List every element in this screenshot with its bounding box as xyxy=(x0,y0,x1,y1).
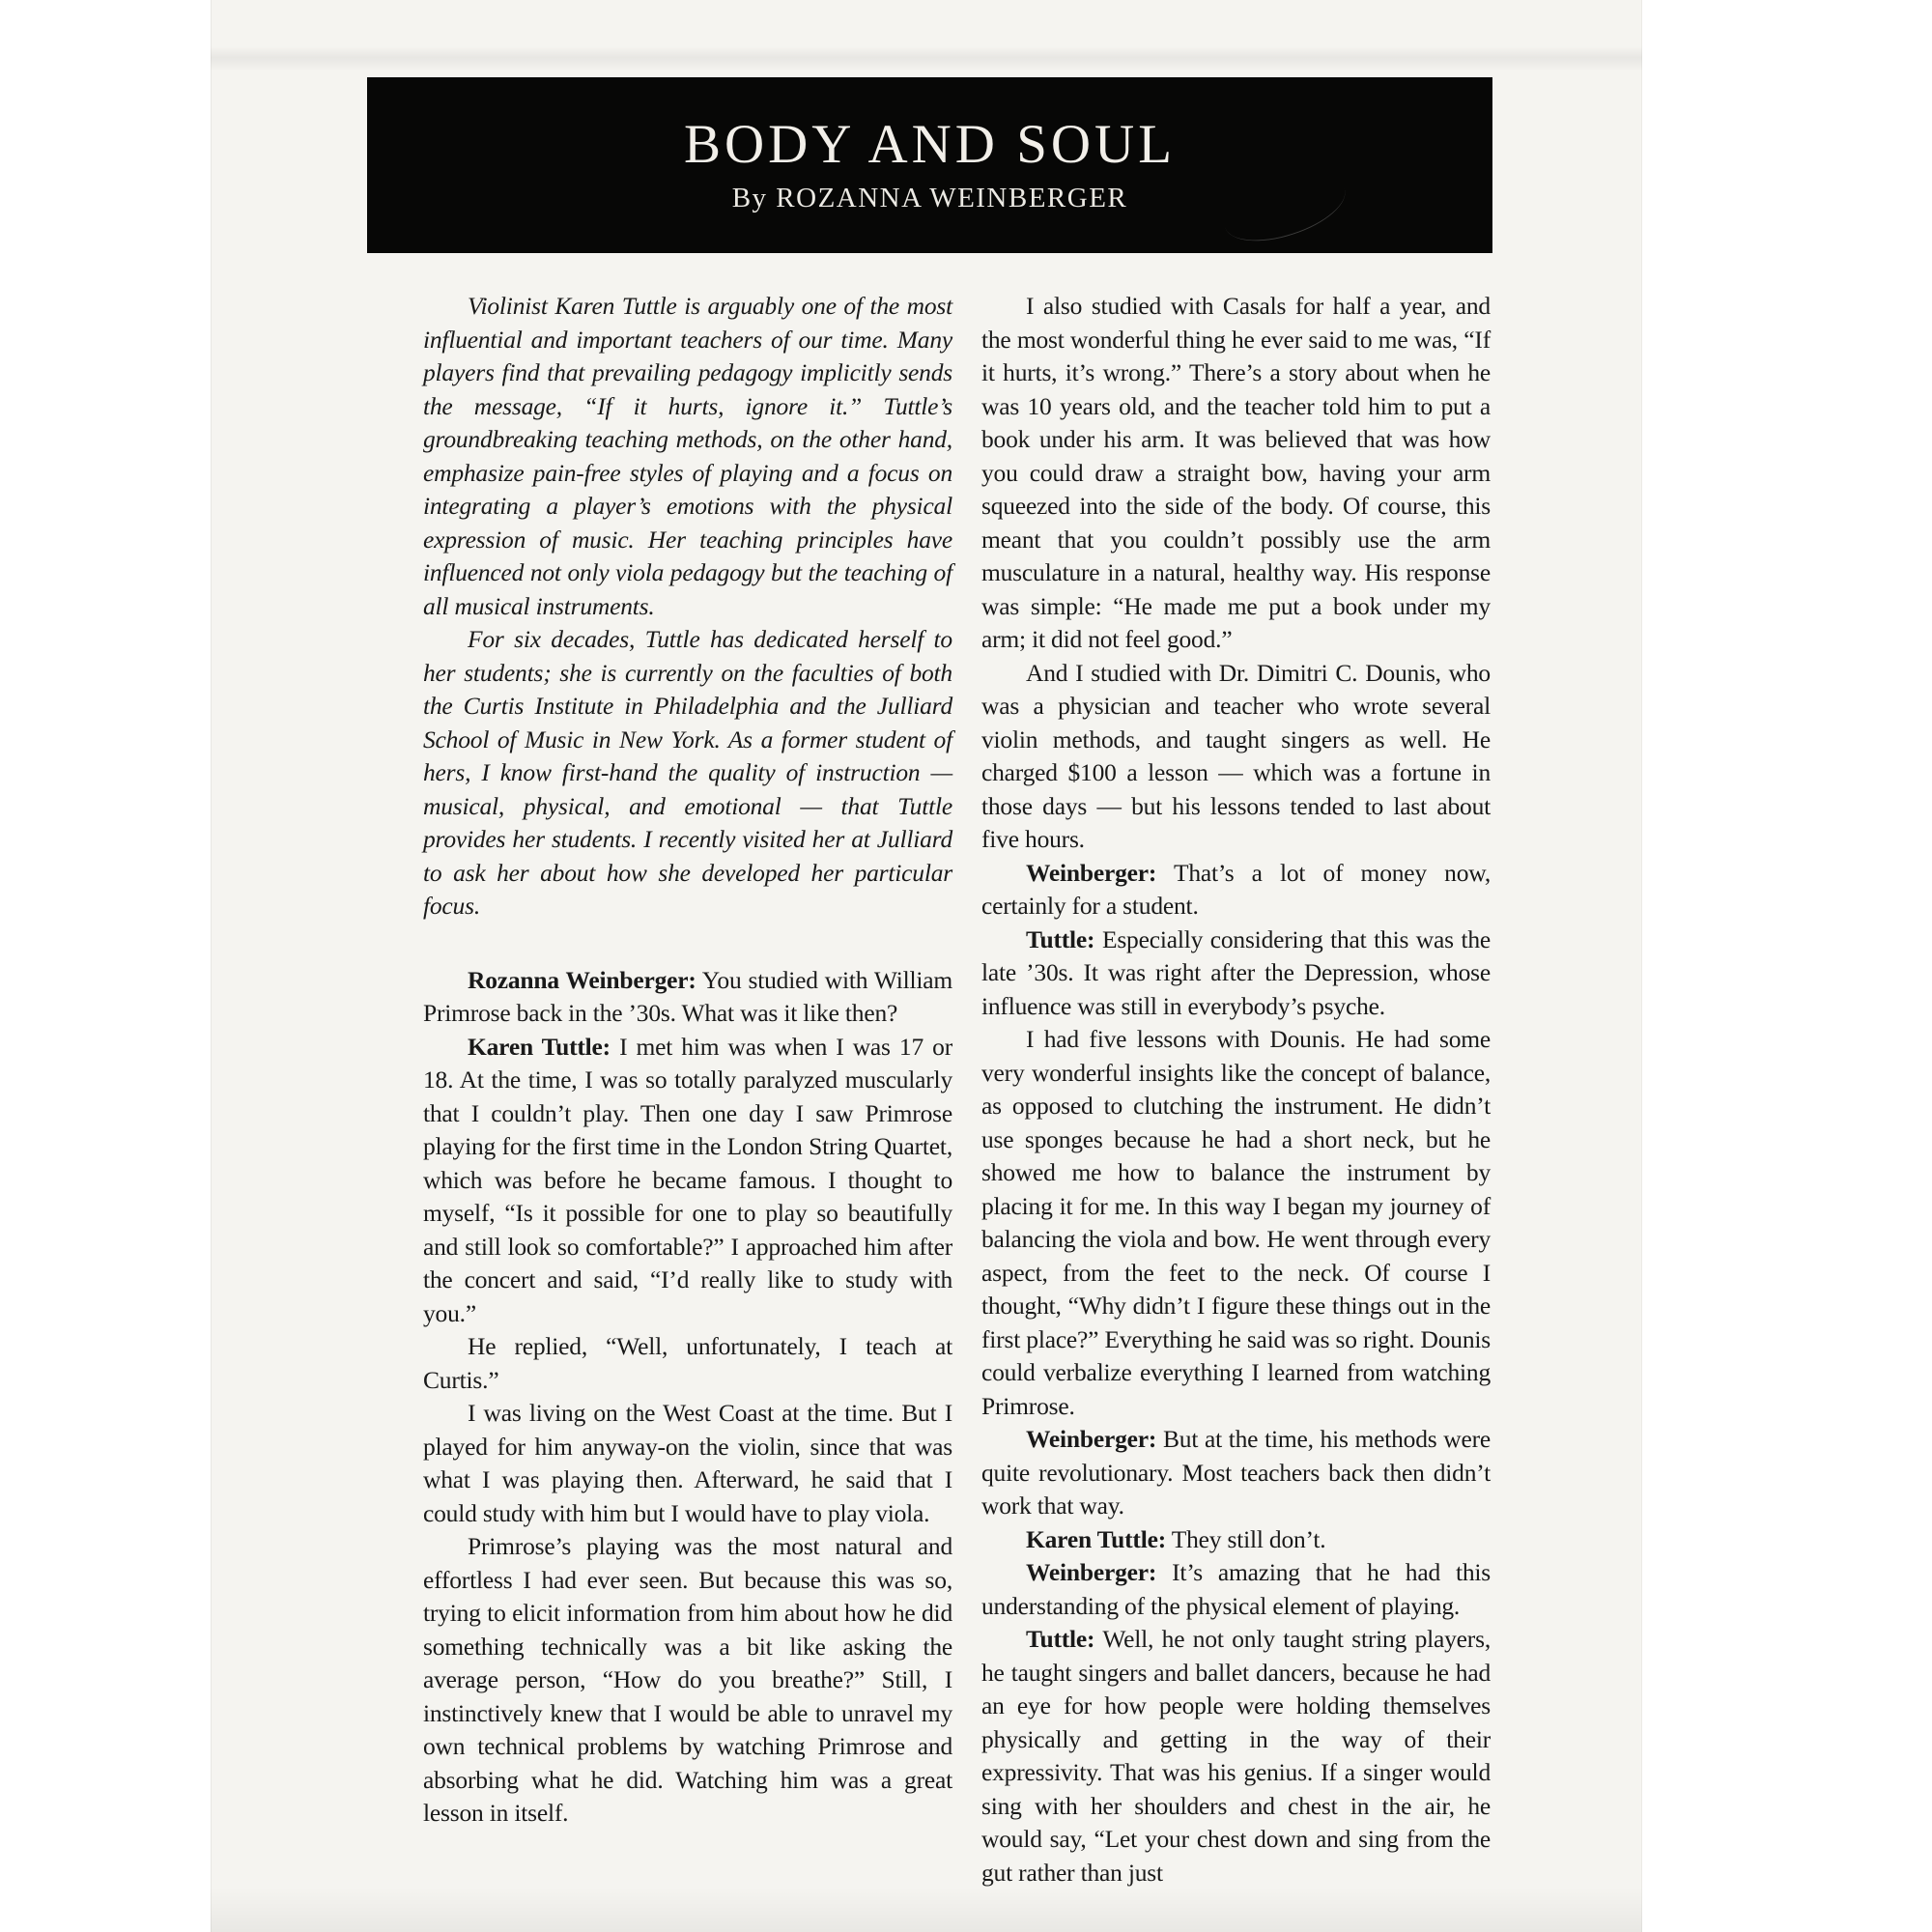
speaker-label: Karen Tuttle: xyxy=(1026,1525,1166,1553)
speaker-label: Karen Tuttle: xyxy=(468,1033,611,1061)
interview-paragraph: Karen Tuttle: They still don’t. xyxy=(981,1523,1491,1557)
speaker-label: Weinberger: xyxy=(1026,859,1156,887)
speaker-label: Tuttle: xyxy=(1026,1625,1094,1653)
scanned-page: BODY AND SOUL By ROZANNA WEINBERGER Viol… xyxy=(211,0,1642,1932)
paragraph-text: Well, he not only taught string players,… xyxy=(981,1625,1491,1887)
article-header-banner: BODY AND SOUL By ROZANNA WEINBERGER xyxy=(367,77,1492,253)
paragraph-text: Violinist Karen Tuttle is arguably one o… xyxy=(423,292,952,620)
interview-paragraph: Weinberger: But at the time, his methods… xyxy=(981,1423,1491,1523)
paragraph-text: And I studied with Dr. Dimitri C. Dounis… xyxy=(981,659,1491,854)
interview-paragraph: Karen Tuttle: I met him was when I was 1… xyxy=(423,1031,952,1331)
interview-paragraph: I also studied with Casals for half a ye… xyxy=(981,290,1491,657)
speaker-label: Weinberger: xyxy=(1026,1558,1156,1586)
interview-paragraph: Weinberger: It’s amazing that he had thi… xyxy=(981,1556,1491,1623)
article-byline: By ROZANNA WEINBERGER xyxy=(732,183,1128,214)
paragraph-text: I was living on the West Coast at the ti… xyxy=(423,1399,952,1527)
interview-paragraph: Rozanna Weinberger: You studied with Wil… xyxy=(423,964,952,1031)
paragraph-text: They still don’t. xyxy=(1172,1525,1326,1553)
interview-paragraph: And I studied with Dr. Dimitri C. Dounis… xyxy=(981,657,1491,857)
interview-paragraph: He replied, “Well, unfortunately, I teac… xyxy=(423,1330,952,1397)
paragraph-text: Primrose’s playing was the most natural … xyxy=(423,1532,952,1827)
article-body: Violinist Karen Tuttle is arguably one o… xyxy=(423,290,1491,1889)
speaker-label: Weinberger: xyxy=(1026,1425,1156,1453)
interview-paragraph: Tuttle: Well, he not only taught string … xyxy=(981,1623,1491,1889)
column-right: I also studied with Casals for half a ye… xyxy=(981,290,1491,1889)
paragraph-text: I met him was when I was 17 or 18. At th… xyxy=(423,1033,952,1327)
interview-paragraph: Weinberger: That’s a lot of money now, c… xyxy=(981,857,1491,923)
paragraph-text: He replied, “Well, unfortunately, I teac… xyxy=(423,1332,952,1394)
article-title: BODY AND SOUL xyxy=(684,116,1176,174)
interview-paragraph: Primrose’s playing was the most natural … xyxy=(423,1530,952,1831)
column-left: Violinist Karen Tuttle is arguably one o… xyxy=(423,290,952,1889)
paragraph-text: I had five lessons with Dounis. He had s… xyxy=(981,1025,1491,1420)
speaker-label: Rozanna Weinberger: xyxy=(468,966,696,994)
interview-paragraph: I was living on the West Coast at the ti… xyxy=(423,1397,952,1530)
page-background: BODY AND SOUL By ROZANNA WEINBERGER Viol… xyxy=(0,0,1932,1932)
interview-paragraph: I had five lessons with Dounis. He had s… xyxy=(981,1023,1491,1423)
scan-scratch-artifact xyxy=(1216,162,1352,253)
speaker-label: Tuttle: xyxy=(1026,925,1094,953)
interview-paragraph: Tuttle: Especially considering that this… xyxy=(981,923,1491,1024)
intro-paragraph: Violinist Karen Tuttle is arguably one o… xyxy=(423,290,952,623)
intro-paragraph: For six decades, Tuttle has dedicated he… xyxy=(423,623,952,923)
paragraph-text: For six decades, Tuttle has dedicated he… xyxy=(423,625,952,920)
paragraph-text: I also studied with Casals for half a ye… xyxy=(981,292,1491,653)
